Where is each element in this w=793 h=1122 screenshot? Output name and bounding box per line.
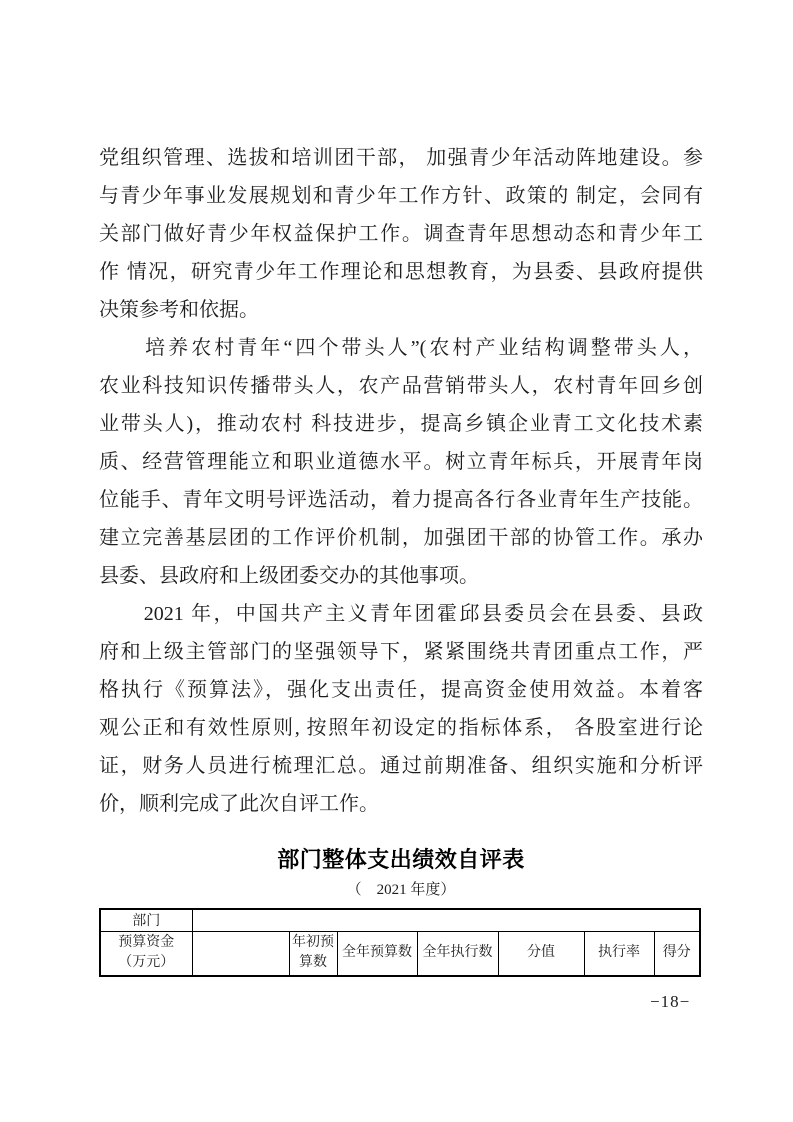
body-text-line: 府和上级主管部门的坚强领导下，紧紧围绕共青团重点工作，严 bbox=[99, 633, 703, 671]
table-cell-header-score-value: 分值 bbox=[498, 931, 584, 976]
table-title: 部门整体支出绩效自评表 bbox=[99, 845, 703, 875]
table-cell-budget-label: 预算资金 （万元） bbox=[100, 931, 192, 976]
table-cell-header-annual-budget: 全年预算数 bbox=[337, 931, 417, 976]
table-cell-header-score: 得分 bbox=[654, 931, 700, 976]
body-text-line: 质、经营管理能立和职业道德水平。树立青年标兵，开展青年岗 bbox=[99, 443, 703, 481]
table-cell-header-annual-execution: 全年执行数 bbox=[417, 931, 498, 976]
page-number: −18− bbox=[650, 991, 690, 1013]
table-row: 预算资金 （万元） 年初预算数 全年预算数 全年执行数 分值 执行率 得分 bbox=[100, 931, 700, 976]
table-subtitle: （ 2021 年度） bbox=[99, 881, 703, 899]
table-cell-header-execution-rate: 执行率 bbox=[584, 931, 654, 976]
budget-label-line1: 预算资金 bbox=[103, 933, 190, 953]
document-page: 党组织管理、选拔和培训团干部， 加强青少年活动阵地建设。参 与青少年事业发展规划… bbox=[0, 0, 793, 1122]
body-text-line: 建立完善基层团的工作评价机制，加强团干部的协管工作。承办 bbox=[99, 519, 703, 557]
body-text-line: 格执行《预算法》，强化支出责任，提高资金使用效益。本着客 bbox=[99, 671, 703, 709]
body-text-line: 培养农村青年“四个带头人”(农村产业结构调整带头人， bbox=[99, 329, 703, 367]
body-text-line: 价，顺利完成了此次自评工作。 bbox=[99, 785, 703, 823]
paragraph: 党组织管理、选拔和培训团干部， 加强青少年活动阵地建设。参 与青少年事业发展规划… bbox=[99, 139, 703, 329]
body-text-line: 观公正和有效性原则, 按照年初设定的指标体系， 各股室进行论 bbox=[99, 709, 703, 747]
paragraph: 2021 年，中国共产主义青年团霍邱县委员会在县委、县政 府和上级主管部门的坚强… bbox=[99, 595, 703, 823]
table-row: 部门 bbox=[100, 909, 700, 931]
table-cell-department-label: 部门 bbox=[100, 909, 192, 931]
body-text-line: 作 情况，研究青少年工作理论和思想教育，为县委、县政府提供 bbox=[99, 253, 703, 291]
body-text-line: 2021 年，中国共产主义青年团霍邱县委员会在县委、县政 bbox=[99, 595, 703, 633]
body-text-line: 关部门做好青少年权益保护工作。调查青年思想动态和青少年工 bbox=[99, 215, 703, 253]
body-text-line: 党组织管理、选拔和培训团干部， 加强青少年活动阵地建设。参 bbox=[99, 139, 703, 177]
body-text-line: 位能手、青年文明号评选活动，着力提高各行各业青年生产技能。 bbox=[99, 481, 703, 519]
body-text-line: 农业科技知识传播带头人，农产品营销带头人，农村青年回乡创 bbox=[99, 367, 703, 405]
self-evaluation-table: 部门 预算资金 （万元） 年初预算数 全年预算数 全年执行数 分值 执行率 得分 bbox=[99, 908, 701, 977]
paragraph: 培养农村青年“四个带头人”(农村产业结构调整带头人， 农业科技知识传播带头人，农… bbox=[99, 329, 703, 595]
body-text-line: 业带头人)，推动农村 科技进步，提高乡镇企业青工文化技术素 bbox=[99, 405, 703, 443]
body-text-line: 与青少年事业发展规划和青少年工作方针、政策的 制定，会同有 bbox=[99, 177, 703, 215]
body-text-line: 证，财务人员进行梳理汇总。通过前期准备、组织实施和分析评 bbox=[99, 747, 703, 785]
table-cell-department-value bbox=[192, 909, 700, 931]
table-cell-header-initial-budget: 年初预算数 bbox=[289, 931, 337, 976]
budget-label-line2: （万元） bbox=[103, 953, 190, 973]
table-cell-budget-value bbox=[192, 931, 289, 976]
body-text-line: 县委、县政府和上级团委交办的其他事项。 bbox=[99, 557, 703, 595]
document-content: 党组织管理、选拔和培训团干部， 加强青少年活动阵地建设。参 与青少年事业发展规划… bbox=[99, 139, 703, 977]
body-text-line: 决策参考和依据。 bbox=[99, 291, 703, 329]
